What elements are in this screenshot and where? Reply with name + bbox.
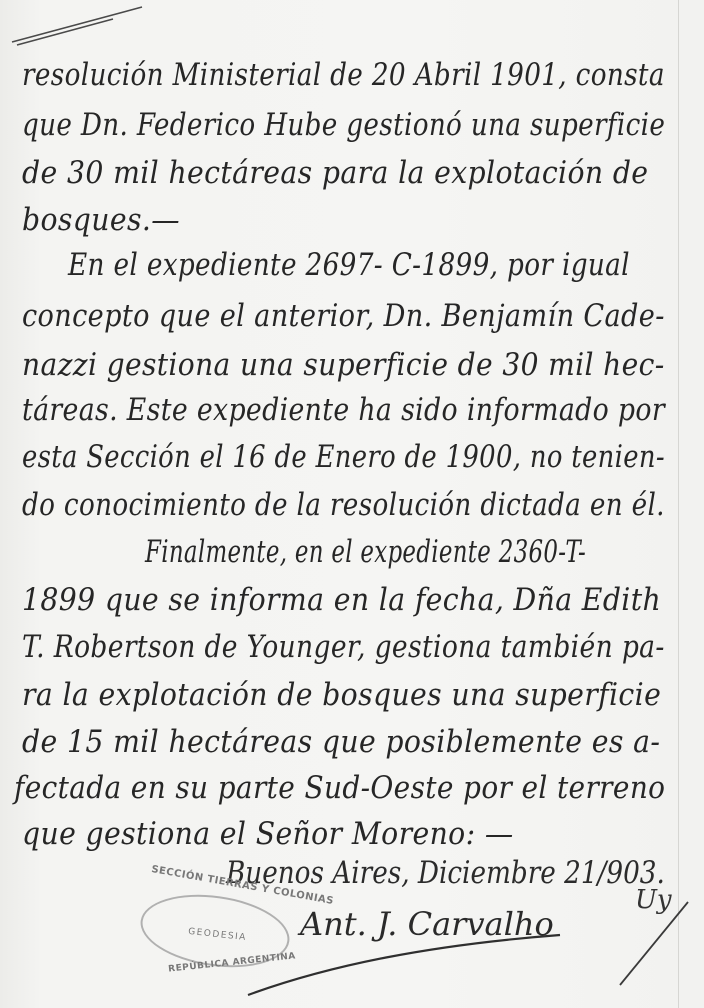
text-line: ra la explotación de bosques una superfi… [22, 675, 665, 715]
signature: Ant. J. Carvalho [300, 905, 554, 943]
margin-rule [678, 0, 679, 1008]
manuscript-page: resolución Ministerial de 20 Abril 1901,… [0, 0, 704, 1008]
text-line: bosques.— [22, 200, 665, 240]
initials: Uy [635, 885, 672, 915]
text-line: 1899 que se informa en la fecha, Dña Edi… [22, 580, 665, 620]
text-line: que Dn. Federico Hube gestionó una super… [22, 105, 618, 145]
text-line: fectada en su parte Sud-Oeste por el ter… [14, 768, 649, 808]
text-line: que gestiona el Señor Moreno: — [22, 814, 665, 854]
text-line: En el expediente 2697- C-1899, por igual [68, 245, 665, 285]
text-line: nazzi gestiona una superficie de 30 mil … [22, 345, 661, 385]
date-line: Buenos Aires, Diciembre 21/903. [226, 855, 665, 891]
text-line: táreas. Este expediente ha sido informad… [22, 390, 630, 430]
text-line: T. Robertson de Younger, gestiona tambié… [22, 627, 625, 667]
text-line: do conocimiento de la resolución dictada… [22, 485, 618, 525]
text-line: resolución Ministerial de 20 Abril 1901,… [22, 55, 618, 95]
text-line: concepto que el anterior, Dn. Benjamín C… [22, 296, 639, 336]
text-line: esta Sección el 16 de Enero de 1900, no … [22, 437, 609, 477]
text-line: de 30 mil hectáreas para la explotación … [22, 153, 665, 193]
double-stroke-mark [0, 0, 160, 50]
text-line: de 15 mil hectáreas que posiblemente es … [22, 722, 665, 762]
text-line: Finalmente, en el expediente 2360-T- [145, 532, 665, 572]
